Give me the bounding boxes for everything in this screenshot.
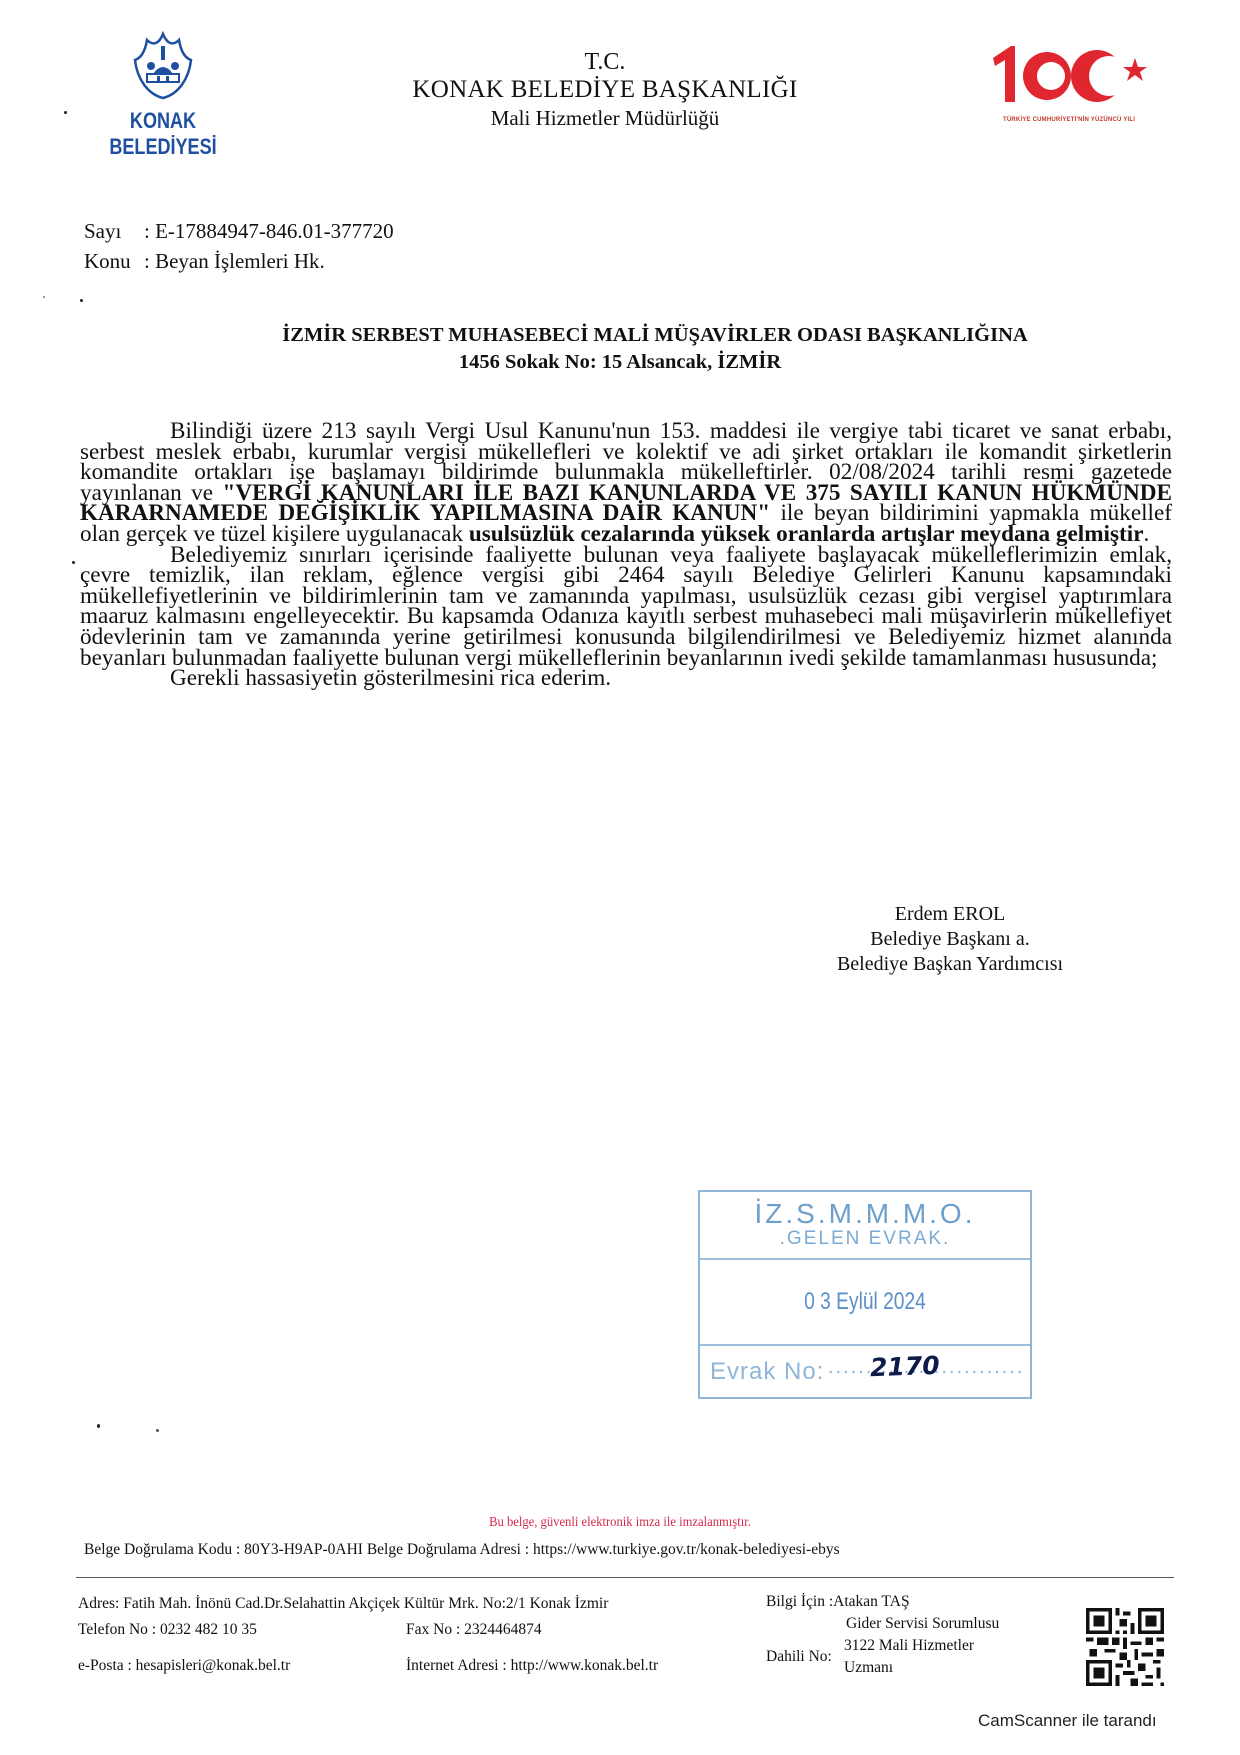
address: Adres: Fatih Mah. İnönü Cad.Dr.Selahatti… xyxy=(78,1595,608,1612)
konu-label: Konu xyxy=(84,246,144,276)
centennial-caption: TÜRKİYE CUMHURİYETİ'NİN YÜZÜNCÜ YILI xyxy=(985,117,1175,123)
incoming-document-stamp: İZ.S.M.M.M.O. .GELEN EVRAK. 0 3 Eylül 20… xyxy=(698,1190,1032,1399)
scan-speck xyxy=(72,561,75,564)
konu-row: Konu: Beyan İşlemleri Hk. xyxy=(84,246,394,276)
signature-block: Erdem EROL Belediye Başkanı a. Belediye … xyxy=(800,902,1100,977)
tc-label: T.C. xyxy=(380,48,830,76)
evrak-no-label: Evrak No: xyxy=(710,1358,824,1386)
tulip-emblem-icon xyxy=(131,30,195,102)
paragraph-3: Gerekli hassasiyetin gösterilmesini rica… xyxy=(80,668,1172,689)
footer-contact: Adres: Fatih Mah. İnönü Cad.Dr.Selahatti… xyxy=(78,1591,608,1679)
email: e-Posta : hesapisleri@konak.bel.tr xyxy=(78,1657,290,1674)
info-name: Atakan TAŞ xyxy=(833,1593,909,1610)
dahili-label: Dahili No: xyxy=(766,1646,844,1668)
centennial-logo: TÜRKİYE CUMHURİYETİ'NİN YÜZÜNCÜ YILI xyxy=(985,40,1175,123)
stamp-date: 0 3 Eylül 2024 xyxy=(733,1260,997,1316)
scan-speck xyxy=(43,296,45,298)
stamp-label: .GELEN EVRAK. xyxy=(700,1230,1030,1248)
letter-body: Bilindiği üzere 213 sayılı Vergi Usul Ka… xyxy=(80,421,1172,689)
logo-text: KONAK BELEDİYESİ xyxy=(93,108,232,160)
100-year-logo-icon xyxy=(985,40,1155,110)
addressee-name: İZMİR SERBEST MUHASEBECİ MALİ MÜŞAVİRLER… xyxy=(0,322,1240,349)
website: İnternet Adresi : http://www.konak.bel.t… xyxy=(406,1653,658,1679)
scan-speck xyxy=(80,299,83,302)
paragraph-2: Belediyemiz sınırları içerisinde faaliye… xyxy=(80,545,1172,669)
paragraph-1: Bilindiği üzere 213 sayılı Vergi Usul Ka… xyxy=(80,421,1172,545)
e-signature-note: Bu belge, güvenli elektronik imza ile im… xyxy=(62,1515,1178,1531)
konak-municipality-logo: KONAK BELEDİYESİ xyxy=(78,30,248,160)
letterhead: T.C. KONAK BELEDİYE BAŞKANLIĞI Mali Hizm… xyxy=(380,48,830,132)
scan-speck xyxy=(97,1424,100,1428)
dahili-value-1: 3122 Mali Hizmetler xyxy=(844,1635,974,1657)
department-name: Mali Hizmetler Müdürlüğü xyxy=(380,104,830,132)
sayi-row: Sayı: E-17884947-846.01-377720 xyxy=(84,216,394,246)
sayi-label: Sayı xyxy=(84,216,144,246)
qr-code-icon xyxy=(1086,1608,1164,1686)
footer-divider xyxy=(76,1577,1174,1578)
scan-speck xyxy=(64,111,67,114)
signatory-title-1: Belediye Başkanı a. xyxy=(800,927,1100,952)
footer-info: Bilgi İçin :Atakan TAŞ Gider Servisi Sor… xyxy=(766,1591,999,1679)
phone: Telefon No : 0232 482 10 35 xyxy=(78,1621,257,1638)
addressee: İZMİR SERBEST MUHASEBECİ MALİ MÜŞAVİRLER… xyxy=(0,322,1240,376)
signatory-name: Erdem EROL xyxy=(800,902,1100,927)
fax: Fax No : 2324464874 xyxy=(406,1617,542,1643)
document-meta: Sayı: E-17884947-846.01-377720 Konu: Bey… xyxy=(84,216,394,276)
info-label: Bilgi İçin : xyxy=(766,1593,833,1610)
dahili-value-2: Uzmanı xyxy=(844,1657,974,1679)
camscanner-watermark: CamScanner ile tarandı xyxy=(978,1711,1157,1731)
signatory-title-2: Belediye Başkan Yardımcısı xyxy=(800,952,1100,977)
scan-speck xyxy=(156,1429,159,1432)
stamp-org: İZ.S.M.M.M.O. xyxy=(700,1192,1030,1230)
evrak-no-handwritten: 2170 xyxy=(870,1351,941,1382)
konu-value: : Beyan İşlemleri Hk. xyxy=(144,249,325,273)
addressee-address: 1456 Sokak No: 15 Alsancak, İZMİR xyxy=(0,349,1240,376)
sayi-value: : E-17884947-846.01-377720 xyxy=(144,219,394,243)
organization-name: KONAK BELEDİYE BAŞKANLIĞI xyxy=(380,76,830,104)
info-role: Gider Servisi Sorumlusu xyxy=(766,1613,999,1635)
verification-line: Belge Doğrulama Kodu : 80Y3-H9AP-0AHI Be… xyxy=(84,1541,840,1559)
